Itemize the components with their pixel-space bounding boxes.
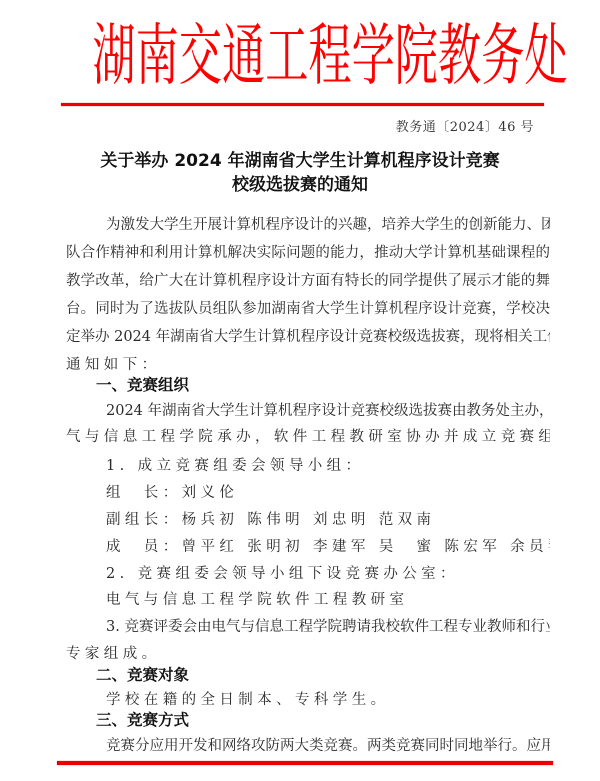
paragraph-line: 竞赛分应用开发和网络攻防两大类竞赛。两类竞赛同时同地举行。应用 bbox=[106, 736, 550, 756]
list-item-judges: 3. 竞赛评委会由电气与信息工程学院聘请我校软件工程专业教师和行业 bbox=[106, 617, 550, 637]
document-title-line-1: 关于举办 2024 年湖南省大学生计算机程序设计竞赛 bbox=[0, 149, 600, 173]
paragraph-line: 台。同时为了选拔队员组队参加湖南省大学生计算机程序设计竞赛，学校决 bbox=[66, 299, 550, 319]
committee-deputies: 副组长：杨兵初 陈伟明 刘忠明 范双南 bbox=[106, 510, 550, 530]
paragraph-line: 专家组成。 bbox=[66, 644, 550, 664]
document-title-line-2: 校级选拔赛的通知 bbox=[0, 173, 600, 197]
section-heading: 一、竞赛组织 bbox=[96, 375, 189, 395]
footer-divider bbox=[57, 761, 553, 765]
paragraph-line: 学校在籍的全日制本、专科学生。 bbox=[106, 690, 550, 710]
list-item-office: 2. 竞赛组委会领导小组下设竞赛办公室： bbox=[106, 564, 550, 584]
document-number: 教务通〔2024〕46 号 bbox=[396, 118, 534, 138]
section-heading: 二、竞赛对象 bbox=[96, 665, 189, 685]
committee-leader: 组 长：刘义伦 bbox=[106, 483, 550, 503]
paragraph-line: 为激发大学生开展计算机程序设计的兴趣，培养大学生的创新能力、团 bbox=[106, 215, 550, 235]
section-heading: 三、竞赛方式 bbox=[96, 710, 189, 730]
paragraph-line: 气与信息工程学院承办，软件工程教研室协办并成立竞赛组织机构。 bbox=[66, 427, 550, 447]
paragraph-line: 定举办 2024 年湖南省大学生计算机程序设计竞赛校级选拔赛，现将相关工作 bbox=[66, 327, 550, 347]
paragraph-line: 队合作精神和利用计算机解决实际问题的能力，推动大学计算机基础课程的 bbox=[66, 243, 550, 263]
paragraph-line: 2024 年湖南省大学生计算机程序设计竞赛校级选拔赛由教务处主办，电 bbox=[106, 401, 550, 421]
list-item-leading-group: 1. 成立竞赛组委会领导小组： bbox=[106, 456, 550, 476]
letterhead-divider bbox=[61, 103, 544, 106]
paragraph-line: 教学改革，给广大在计算机程序设计方面有特长的同学提供了展示才能的舞 bbox=[66, 271, 550, 291]
letterhead-org-name: 湖南交通工程学院教务处 bbox=[92, 9, 567, 103]
paragraph-line: 通知如下： bbox=[66, 355, 550, 375]
letterhead: 湖南交通工程学院教务处 bbox=[0, 14, 600, 98]
committee-members: 成 员：曾平红 张明初 李建军 吴 蜜 陈宏军 余员琴 周立群 bbox=[106, 537, 550, 557]
office-name: 电气与信息工程学院软件工程教研室 bbox=[106, 590, 550, 610]
